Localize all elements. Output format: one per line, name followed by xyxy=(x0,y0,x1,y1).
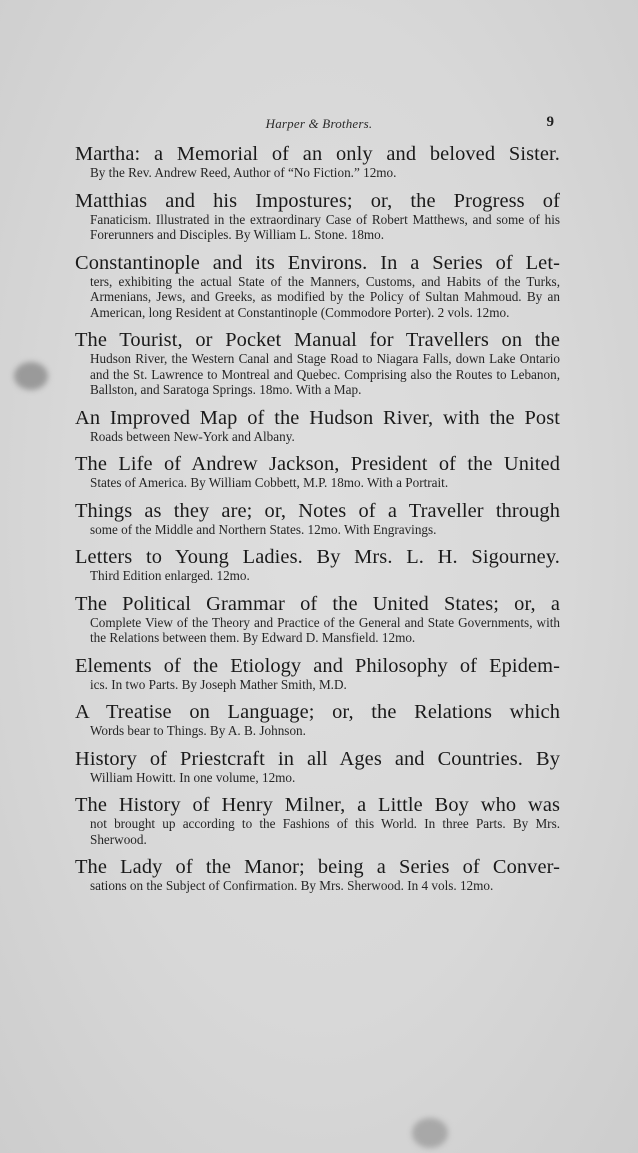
entry-title: The Life of Andrew Jackson, President of… xyxy=(75,453,560,475)
entry-title: Things as they are; or, Notes of a Trave… xyxy=(75,500,560,522)
entry-description: By the Rev. Andrew Reed, Author of “No F… xyxy=(75,165,560,181)
catalog-entry: History of Priestcraft in all Ages and C… xyxy=(75,748,560,786)
entry-title: Constantinople and its Environs. In a Se… xyxy=(75,252,560,274)
catalog-entry: Elements of the Etiology and Philosophy … xyxy=(75,655,560,693)
entry-description: States of America. By William Cobbett, M… xyxy=(75,475,560,491)
entry-description: sations on the Subject of Confirmation. … xyxy=(75,878,560,894)
catalog-entry: An Improved Map of the Hudson River, wit… xyxy=(75,407,560,445)
entry-description: Roads between New-York and Albany. xyxy=(75,429,560,445)
entry-title: The Tourist, or Pocket Manual for Travel… xyxy=(75,329,560,351)
entry-description: not brought up according to the Fashions… xyxy=(75,816,560,847)
catalog-entry: The Lady of the Manor; being a Series of… xyxy=(75,856,560,894)
ink-blot xyxy=(14,362,48,390)
entry-title: Matthias and his Impostures; or, the Pro… xyxy=(75,190,560,212)
entry-description: ters, exhibiting the actual State of the… xyxy=(75,274,560,321)
catalog-entry: Constantinople and its Environs. In a Se… xyxy=(75,252,560,321)
page-header: Harper & Brothers. 9 xyxy=(0,116,638,136)
entry-description: some of the Middle and Northern States. … xyxy=(75,522,560,538)
entry-description: ics. In two Parts. By Joseph Mather Smit… xyxy=(75,677,560,693)
entry-description: Third Edition enlarged. 12mo. xyxy=(75,568,560,584)
entry-title: An Improved Map of the Hudson River, wit… xyxy=(75,407,560,429)
catalog-entry: Letters to Young Ladies. By Mrs. L. H. S… xyxy=(75,546,560,584)
page-number: 9 xyxy=(547,114,555,131)
entry-description: Words bear to Things. By A. B. Johnson. xyxy=(75,723,560,739)
entry-description: Hudson River, the Western Canal and Stag… xyxy=(75,351,560,398)
entry-description: Fanaticism. Illustrated in the extraordi… xyxy=(75,212,560,243)
entry-title: The History of Henry Milner, a Little Bo… xyxy=(75,794,560,816)
catalog-entry: Things as they are; or, Notes of a Trave… xyxy=(75,500,560,538)
entry-description: Complete View of the Theory and Practice… xyxy=(75,615,560,646)
entry-title: A Treatise on Language; or, the Relation… xyxy=(75,701,560,723)
catalog-entry: The Political Grammar of the United Stat… xyxy=(75,593,560,646)
catalog-entry: A Treatise on Language; or, the Relation… xyxy=(75,701,560,739)
entry-description: William Howitt. In one volume, 12mo. xyxy=(75,770,560,786)
catalog-entries: Martha: a Memorial of an only and belove… xyxy=(75,143,560,903)
catalog-entry: Martha: a Memorial of an only and belove… xyxy=(75,143,560,181)
catalog-entry: Matthias and his Impostures; or, the Pro… xyxy=(75,190,560,243)
entry-title: History of Priestcraft in all Ages and C… xyxy=(75,748,560,770)
entry-title: The Political Grammar of the United Stat… xyxy=(75,593,560,615)
book-page: Harper & Brothers. 9 Martha: a Memorial … xyxy=(0,0,638,1153)
entry-title: Elements of the Etiology and Philosophy … xyxy=(75,655,560,677)
running-head: Harper & Brothers. xyxy=(0,116,638,132)
catalog-entry: The History of Henry Milner, a Little Bo… xyxy=(75,794,560,847)
entry-title: Martha: a Memorial of an only and belove… xyxy=(75,143,560,165)
catalog-entry: The Tourist, or Pocket Manual for Travel… xyxy=(75,329,560,398)
catalog-entry: The Life of Andrew Jackson, President of… xyxy=(75,453,560,491)
ink-smudge xyxy=(412,1118,448,1148)
entry-title: Letters to Young Ladies. By Mrs. L. H. S… xyxy=(75,546,560,568)
entry-title: The Lady of the Manor; being a Series of… xyxy=(75,856,560,878)
